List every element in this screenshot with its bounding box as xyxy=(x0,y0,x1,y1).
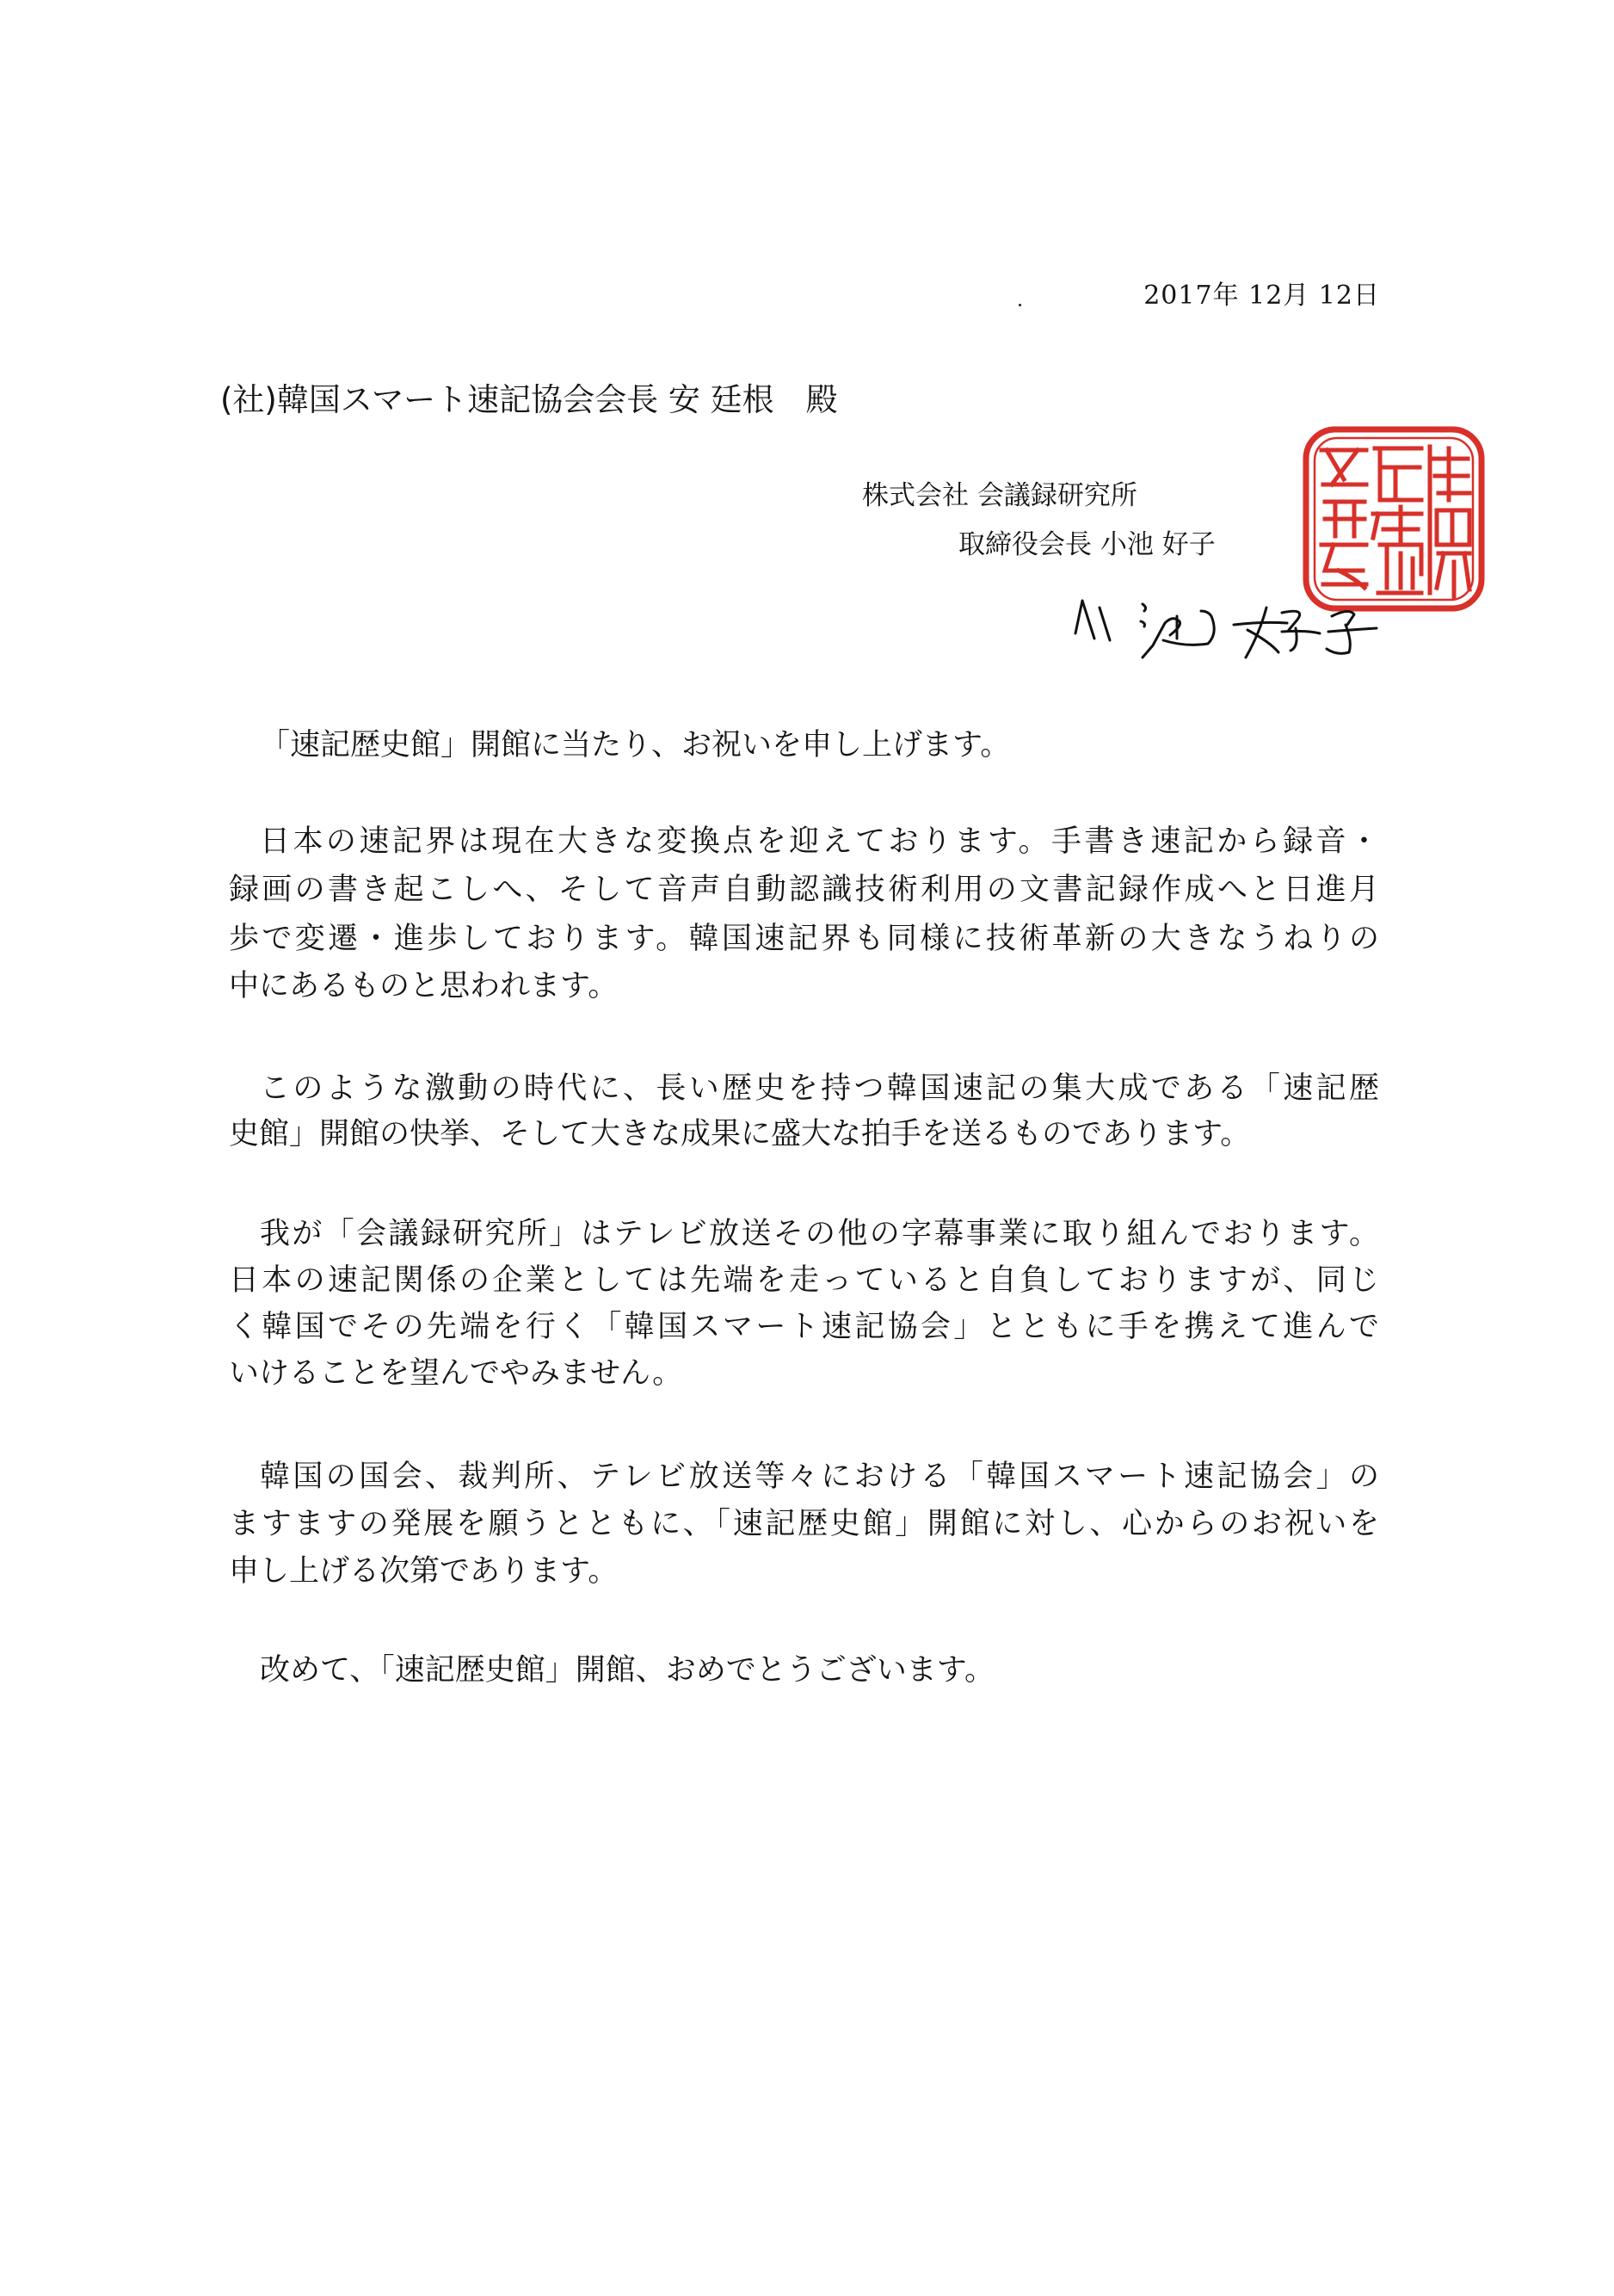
addressee: (社)韓国スマート速記協会会長 安 廷根 殿 xyxy=(220,373,838,420)
letter-date: 2017年 12月 12日 xyxy=(1143,274,1380,312)
body-paragraph-5-line-3: 申し上げる次第であります。 xyxy=(229,1554,1379,1589)
body-paragraph-2-line-2: 録画の書き起こしへ、そして音声自動認識技術利用の文書記録作成へと日進月 xyxy=(229,873,1379,907)
body-paragraph-2-line-3: 歩で変遷・進歩しております。韓国速記界も同様に技術革新の大きなうねりの xyxy=(229,922,1379,956)
body-paragraph-3-line-2: 史館」開館の快挙、そして大きな成果に盛大な拍手を送るものであります。 xyxy=(229,1117,1379,1151)
sender-title-name: 取締役会長 小池 好子 xyxy=(958,522,1216,561)
body-paragraph-4-line-3: く韓国でその先端を行く「韓国スマート速記協会」とともに手を携えて進んで xyxy=(229,1310,1379,1344)
sender-company: 株式会社 会議録研究所 xyxy=(862,473,1137,512)
body-paragraph-5-line-1: 韓国の国会、裁判所、テレビ放送等々における「韓国スマート速記協会」の xyxy=(229,1460,1379,1494)
body-paragraph-4-line-4: いけることを望んでやみません。 xyxy=(229,1356,1379,1391)
body-paragraph-3-line-1: このような激動の時代に、長い歴史を持つ韓国速記の集大成である「速記歴 xyxy=(229,1071,1379,1106)
body-paragraph-6-line-1: 改めて、「速記歴史館」開館、おめでとうございます。 xyxy=(229,1653,1379,1688)
body-paragraph-5-line-2: ますますの発展を願うとともに、「速記歴史館」開館に対し、心からのお祝いを xyxy=(229,1507,1379,1541)
body-paragraph-2-line-1: 日本の速記界は現在大きな変換点を迎えております。手書き速記から録音・ xyxy=(229,824,1379,859)
handwritten-signature-icon xyxy=(1056,582,1383,668)
body-paragraph-4-line-2: 日本の速記関係の企業としては先端を走っていると自負しておりますが、同じ xyxy=(229,1263,1379,1298)
body-paragraph-4-line-1: 我が「会議録研究所」はテレビ放送その他の字幕事業に取り組んでおります。 xyxy=(229,1217,1379,1251)
body-paragraph-2-line-4: 中にあるものと思われます。 xyxy=(229,969,1379,1003)
body-paragraph-1-line-1: 「速記歴史館」開館に当たり、お祝いを申し上げます。 xyxy=(229,728,1379,762)
scan-speck xyxy=(1019,304,1021,306)
